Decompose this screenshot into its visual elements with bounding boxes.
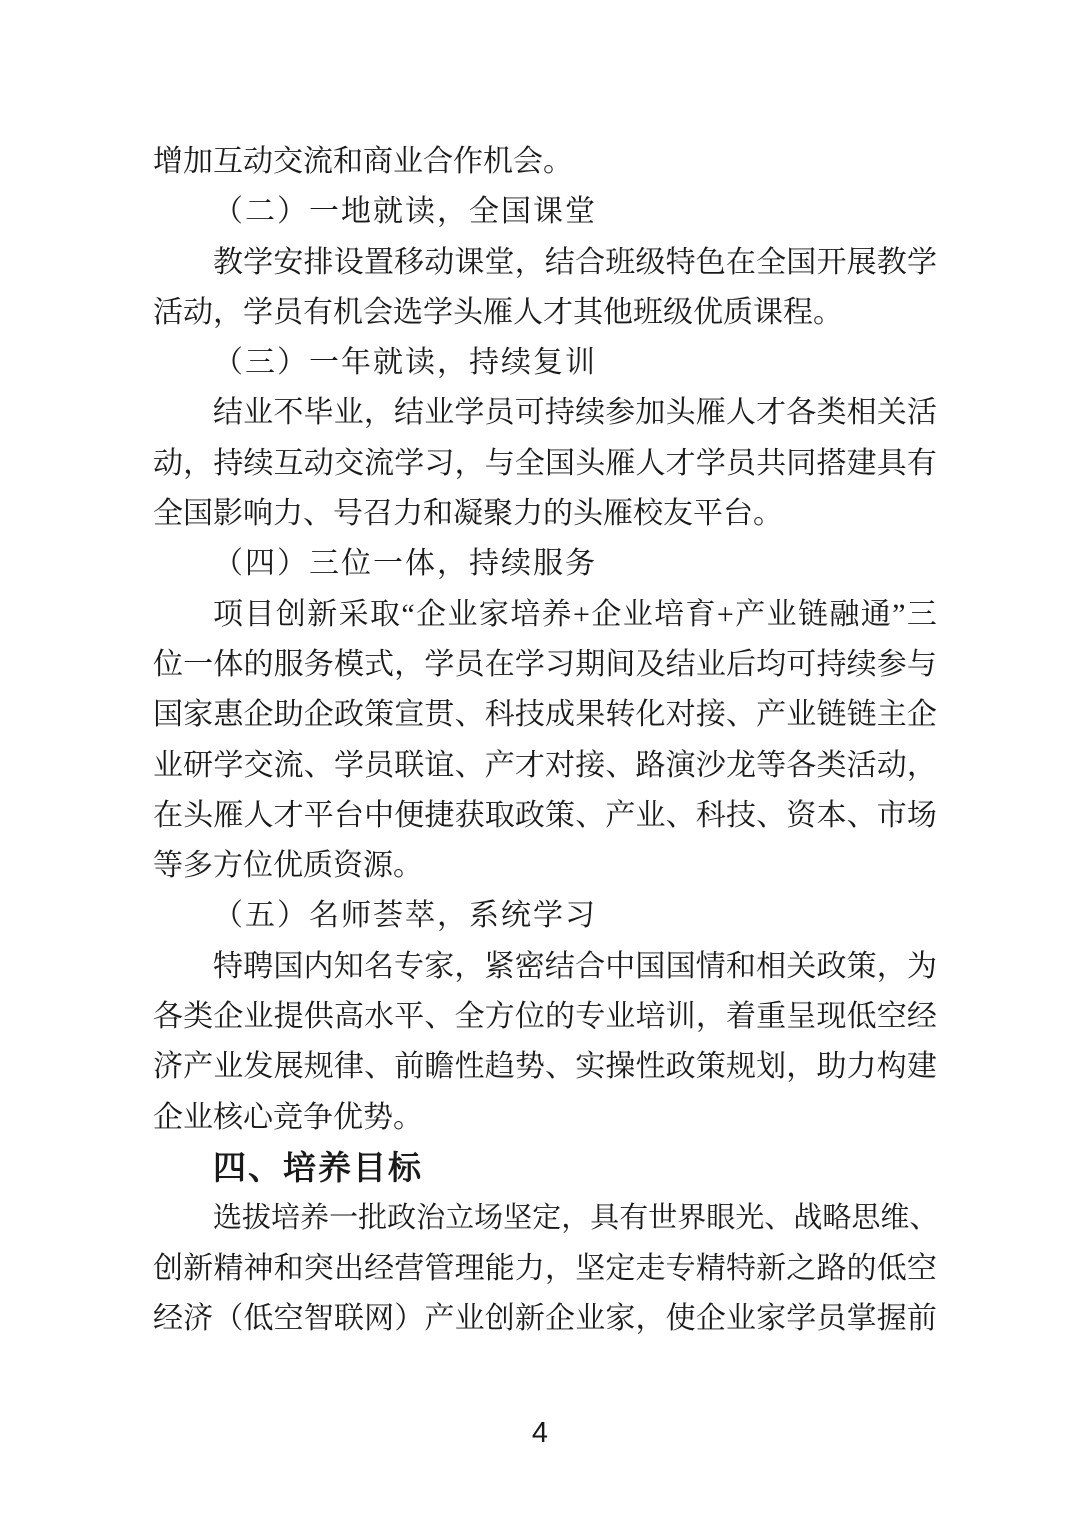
char: 使 xyxy=(666,1294,696,1344)
char: 经 xyxy=(907,992,937,1042)
char: 学 xyxy=(394,439,424,489)
char: 规 xyxy=(726,1042,756,1092)
char: 、 xyxy=(364,1042,394,1092)
char: 相 xyxy=(756,942,786,992)
char: 教 xyxy=(213,238,243,288)
char: 为 xyxy=(907,942,937,992)
char: 关 xyxy=(786,942,816,992)
char: 通 xyxy=(861,590,891,640)
char: 内 xyxy=(304,942,334,992)
char: 人 xyxy=(726,388,756,438)
char: 产 xyxy=(424,1294,454,1344)
char: 家 xyxy=(605,1294,635,1344)
char: 营 xyxy=(394,1244,424,1294)
char: 资 xyxy=(786,791,816,841)
text-line: 在头雁人才平台中便捷获取政策、产业、科技、资本、市场 xyxy=(153,791,937,841)
char: 助 xyxy=(274,690,304,740)
char: 员 xyxy=(816,1294,846,1344)
char: 方 xyxy=(485,992,515,1042)
char: 对 xyxy=(666,690,696,740)
char: 均 xyxy=(756,640,786,690)
char: 类 xyxy=(183,992,213,1042)
char: 坚 xyxy=(575,1244,605,1294)
char: 助 xyxy=(816,1042,846,1092)
char: + xyxy=(573,590,590,640)
char: 、 xyxy=(605,741,635,791)
char: （ xyxy=(213,1294,243,1344)
char: 主 xyxy=(877,690,907,740)
char: 排 xyxy=(304,238,334,288)
text-line: 结业不毕业，结业学员可持续参加头雁人才各类相关活 xyxy=(153,388,937,438)
char: ， xyxy=(454,942,484,992)
text-line: 各类企业提供高水平、全方位的专业培训，着重呈现低空经 xyxy=(153,992,937,1042)
char: 转 xyxy=(605,690,635,740)
char: 共 xyxy=(756,439,786,489)
char: 企 xyxy=(696,1294,726,1344)
char: 国 xyxy=(786,238,816,288)
char: 各 xyxy=(786,741,816,791)
char: + xyxy=(717,590,734,640)
char: 产 xyxy=(183,1042,213,1092)
char: 流 xyxy=(274,741,304,791)
char: 移 xyxy=(394,238,424,288)
char: 不 xyxy=(273,388,303,438)
char: 业 xyxy=(334,388,364,438)
char: 头 xyxy=(183,791,213,841)
char: 链 xyxy=(798,590,828,640)
char: 雁 xyxy=(213,791,243,841)
char: ） xyxy=(394,1294,424,1344)
char: 家 xyxy=(479,590,509,640)
char: 策 xyxy=(364,690,394,740)
char: 、 xyxy=(726,690,756,740)
char: 有 xyxy=(619,1193,648,1243)
char: 治 xyxy=(416,1193,445,1243)
char: ， xyxy=(455,439,485,489)
char: 政 xyxy=(666,1042,696,1092)
char: 养 xyxy=(300,1193,329,1243)
char: 提 xyxy=(274,992,304,1042)
char: 业 xyxy=(767,590,797,640)
char: 级 xyxy=(635,238,665,288)
char: 雁 xyxy=(696,388,726,438)
char: 情 xyxy=(696,942,726,992)
char: 一 xyxy=(183,640,213,690)
char: 、 xyxy=(455,690,485,740)
char: 业 xyxy=(636,791,666,841)
char: 产 xyxy=(485,741,515,791)
char: 龙 xyxy=(726,741,756,791)
char: 各 xyxy=(786,388,816,438)
char: 高 xyxy=(334,992,364,1042)
char: 空 xyxy=(274,1294,304,1344)
char: 模 xyxy=(334,640,364,690)
char: ” xyxy=(892,590,905,640)
char: 贯 xyxy=(424,690,454,740)
char: 研 xyxy=(183,741,213,791)
char: 类 xyxy=(816,741,846,791)
char: 力 xyxy=(515,1244,545,1294)
char: 力 xyxy=(847,1042,877,1092)
char: 政 xyxy=(387,1193,416,1243)
char: 网 xyxy=(364,1294,394,1344)
document-page: 增加互动交流和商业合作机会。（二）一地就读，全国课堂教学安排设置移动课堂，结合班… xyxy=(0,0,1080,1528)
char: 特 xyxy=(666,238,696,288)
char: 持 xyxy=(545,388,575,438)
char: 重 xyxy=(756,992,786,1042)
char: 流 xyxy=(364,439,394,489)
char: 和 xyxy=(726,942,756,992)
char: 全 xyxy=(515,439,545,489)
char: 智 xyxy=(304,1294,334,1344)
char: 台 xyxy=(334,791,364,841)
char: 划 xyxy=(756,1042,786,1092)
char: 战 xyxy=(793,1193,822,1243)
char: 展 xyxy=(274,1042,304,1092)
char: ， xyxy=(786,1042,816,1092)
char: 业 xyxy=(243,388,273,438)
char: 互 xyxy=(274,439,304,489)
char: 开 xyxy=(816,238,846,288)
char: ， xyxy=(877,942,907,992)
subheading-line: （二）一地就读，全国课堂 xyxy=(153,187,937,237)
char: 养 xyxy=(542,590,572,640)
char: 等 xyxy=(756,741,786,791)
char: 结 xyxy=(545,942,575,992)
char: 学 xyxy=(334,741,364,791)
char: 业 xyxy=(786,690,816,740)
char: 具 xyxy=(590,1193,619,1243)
char: 建 xyxy=(907,1042,937,1092)
char: 结 xyxy=(545,238,575,288)
char: 头 xyxy=(575,439,605,489)
char: 新 xyxy=(515,1294,545,1344)
char: 空 xyxy=(907,1244,937,1294)
char: 毕 xyxy=(304,388,334,438)
char: 性 xyxy=(636,1042,666,1092)
char: 人 xyxy=(243,791,273,841)
char: 教 xyxy=(877,238,907,288)
char: 供 xyxy=(304,992,334,1042)
char: 才 xyxy=(515,741,545,791)
char: 产 xyxy=(605,791,635,841)
char: 融 xyxy=(829,590,859,640)
char: 科 xyxy=(696,791,726,841)
page-number: 4 xyxy=(0,1408,1080,1458)
char: 实 xyxy=(575,1042,605,1092)
char: 持 xyxy=(213,439,243,489)
char: 参 xyxy=(877,640,907,690)
char: 场 xyxy=(907,791,937,841)
char: 构 xyxy=(877,1042,907,1092)
char: 培 xyxy=(654,590,684,640)
char: 济 xyxy=(183,1294,213,1344)
char: 新 xyxy=(183,1244,213,1294)
char: 获 xyxy=(455,791,485,841)
char: 色 xyxy=(696,238,726,288)
char: 活 xyxy=(907,388,937,438)
char: 置 xyxy=(364,238,394,288)
char: 学 xyxy=(515,640,545,690)
char: 的 xyxy=(847,1244,877,1294)
char: 人 xyxy=(636,439,666,489)
char: 全 xyxy=(455,992,485,1042)
char: 国 xyxy=(666,942,696,992)
char: 可 xyxy=(515,388,545,438)
char: 之 xyxy=(786,1244,816,1294)
char: 聘 xyxy=(243,942,273,992)
char: 堂 xyxy=(485,238,515,288)
char: 企 xyxy=(243,690,273,740)
char: 空 xyxy=(877,992,907,1042)
char: 参 xyxy=(605,388,635,438)
char: 学 xyxy=(696,439,726,489)
char: 搭 xyxy=(816,439,846,489)
char: 链 xyxy=(816,690,846,740)
text-line: 国家惠企助企政策宣贯、科技成果转化对接、产业链链主企 xyxy=(153,690,937,740)
char: 国 xyxy=(545,439,575,489)
char: 国 xyxy=(153,690,183,740)
char: 目 xyxy=(244,590,274,640)
char: 、 xyxy=(764,1193,793,1243)
char: 专 xyxy=(666,1244,696,1294)
char: 业 xyxy=(455,1294,485,1344)
char: 前 xyxy=(394,1042,424,1092)
char: 企 xyxy=(416,590,446,640)
char: 立 xyxy=(445,1193,474,1243)
char: 项 xyxy=(213,590,243,640)
document-body: 增加互动交流和商业合作机会。（二）一地就读，全国课堂教学安排设置移动课堂，结合班… xyxy=(153,137,937,1344)
text-line: 创新精神和突出经营管理能力，坚定走专精特新之路的低空 xyxy=(153,1244,937,1294)
char: 瞻 xyxy=(424,1042,454,1092)
char: 和 xyxy=(274,1244,304,1294)
char: 技 xyxy=(726,791,756,841)
char: 动 xyxy=(424,238,454,288)
char: 家 xyxy=(756,1294,786,1344)
char: 结 xyxy=(666,640,696,690)
char: 特 xyxy=(213,942,243,992)
char: 持 xyxy=(816,640,846,690)
text-line: 项目创新采取“企业家培养+企业培育+产业链融通”三 xyxy=(153,590,937,640)
char: 能 xyxy=(485,1244,515,1294)
char: 成 xyxy=(545,690,575,740)
char: 续 xyxy=(847,640,877,690)
char: 培 xyxy=(636,992,666,1042)
char: 世 xyxy=(648,1193,677,1243)
char: 各 xyxy=(153,992,183,1042)
char: 与 xyxy=(485,439,515,489)
char: 续 xyxy=(243,439,273,489)
char: 加 xyxy=(635,388,665,438)
char: 学 xyxy=(786,1294,816,1344)
text-line: 济产业发展规律、前瞻性趋势、实操性政策规划，助力构建 xyxy=(153,1042,937,1092)
char: 精 xyxy=(696,1244,726,1294)
char: 间 xyxy=(605,640,635,690)
char: 业 xyxy=(243,992,273,1042)
char: 创 xyxy=(153,1244,183,1294)
char: 新 xyxy=(307,590,337,640)
char: 企 xyxy=(907,690,937,740)
heading-line: 四、培养目标 xyxy=(153,1143,937,1193)
char: ， xyxy=(394,640,424,690)
char: 活 xyxy=(847,741,877,791)
char: 中 xyxy=(364,791,394,841)
char: 国 xyxy=(635,942,665,992)
char: 果 xyxy=(575,690,605,740)
char: 课 xyxy=(454,238,484,288)
char: 对 xyxy=(545,741,575,791)
char: 训 xyxy=(666,992,696,1042)
char: 业 xyxy=(424,388,454,438)
char: 动 xyxy=(877,741,907,791)
char: 突 xyxy=(304,1244,334,1294)
char: 创 xyxy=(276,590,306,640)
char: 业 xyxy=(213,1042,243,1092)
char: 拔 xyxy=(242,1193,271,1243)
char: 经 xyxy=(364,1244,394,1294)
char: 才 xyxy=(274,791,304,841)
char: 习 xyxy=(424,439,454,489)
char: 业 xyxy=(696,640,726,690)
char: 操 xyxy=(605,1042,635,1092)
char: ， xyxy=(561,1193,590,1243)
char: 政 xyxy=(816,942,846,992)
char: 学 xyxy=(907,238,937,288)
char: 期 xyxy=(575,640,605,690)
char: 、 xyxy=(545,1042,575,1092)
char: 企 xyxy=(304,690,334,740)
char: 市 xyxy=(877,791,907,841)
char: 员 xyxy=(485,388,515,438)
char: ， xyxy=(696,992,726,1042)
char: 出 xyxy=(334,1244,364,1294)
char: 服 xyxy=(274,640,304,690)
char: ， xyxy=(545,1244,575,1294)
char: 联 xyxy=(334,1294,364,1344)
char: 员 xyxy=(364,741,394,791)
text-line: 等多方位优质资源。 xyxy=(153,841,937,891)
char: 的 xyxy=(243,640,273,690)
char: 取 xyxy=(485,791,515,841)
char: ， xyxy=(515,238,545,288)
char: 企 xyxy=(545,1294,575,1344)
text-line: 特聘国内知名专家，紧密结合中国国情和相关政策，为 xyxy=(153,942,937,992)
char: 理 xyxy=(455,1244,485,1294)
char: 平 xyxy=(394,992,424,1042)
char: 路 xyxy=(636,741,666,791)
subheading-line: （三）一年就读，持续复训 xyxy=(153,338,937,388)
char: 沙 xyxy=(696,741,726,791)
char: 神 xyxy=(243,1244,273,1294)
char: 合 xyxy=(575,942,605,992)
char: 精 xyxy=(213,1244,243,1294)
char: 学 xyxy=(243,238,273,288)
char: 家 xyxy=(424,942,454,992)
char: 批 xyxy=(358,1193,387,1243)
char: 、 xyxy=(756,791,786,841)
char: 交 xyxy=(243,741,273,791)
char: 前 xyxy=(907,1294,937,1344)
char: 培 xyxy=(510,590,540,640)
char: 国 xyxy=(273,942,303,992)
char: 位 xyxy=(153,640,183,690)
text-line: 活动，学员有机会选学头雁人才其他班级优质课程。 xyxy=(153,288,937,338)
text-line: 业研学交流、学员联谊、产才对接、路演沙龙等各类活动， xyxy=(153,741,937,791)
char: 学 xyxy=(213,741,243,791)
char: 雁 xyxy=(605,439,635,489)
char: 平 xyxy=(304,791,334,841)
char: 便 xyxy=(394,791,424,841)
char: 紧 xyxy=(485,942,515,992)
char: 走 xyxy=(636,1244,666,1294)
char: 取 xyxy=(370,590,400,640)
char: 务 xyxy=(304,640,334,690)
char: 头 xyxy=(666,388,696,438)
char: 培 xyxy=(271,1193,300,1243)
char: 接 xyxy=(575,741,605,791)
char: 知 xyxy=(334,942,364,992)
char: 低 xyxy=(847,992,877,1042)
char: 特 xyxy=(726,1244,756,1294)
char: 略 xyxy=(822,1193,851,1243)
char: 定 xyxy=(532,1193,561,1243)
char: 趋 xyxy=(485,1042,515,1092)
char: 具 xyxy=(877,439,907,489)
char: 企 xyxy=(213,992,243,1042)
char: 、 xyxy=(304,741,334,791)
char: 性 xyxy=(455,1042,485,1092)
char: 定 xyxy=(605,1244,635,1294)
char: 业 xyxy=(153,741,183,791)
char: 捷 xyxy=(424,791,454,841)
char: ， xyxy=(907,741,937,791)
text-line: 教学安排设置移动课堂，结合班级特色在全国开展教学 xyxy=(153,238,937,288)
text-line: 经济（低空智联网）产业创新企业家，使企业家学员掌握前 xyxy=(153,1294,937,1344)
char: 策 xyxy=(545,791,575,841)
char: 管 xyxy=(424,1244,454,1294)
char: 学 xyxy=(454,388,484,438)
char: 可 xyxy=(786,640,816,690)
char: 设 xyxy=(334,238,364,288)
char: 习 xyxy=(545,640,575,690)
char: ， xyxy=(183,439,213,489)
char: 掌 xyxy=(847,1294,877,1344)
char: 业 xyxy=(575,1294,605,1344)
char: 动 xyxy=(304,439,334,489)
text-line: 全国影响力、号召力和凝聚力的头雁校友平台。 xyxy=(153,489,937,539)
char: 专 xyxy=(394,942,424,992)
char: 场 xyxy=(474,1193,503,1243)
char: 策 xyxy=(847,942,877,992)
char: 专 xyxy=(575,992,605,1042)
char: 谊 xyxy=(424,741,454,791)
char: 本 xyxy=(816,791,846,841)
char: 、 xyxy=(455,741,485,791)
char: 创 xyxy=(485,1294,515,1344)
char: 三 xyxy=(907,590,937,640)
char: 动 xyxy=(153,439,183,489)
char: 经 xyxy=(153,1294,183,1344)
char: 关 xyxy=(877,388,907,438)
char: 育 xyxy=(686,590,716,640)
char: 体 xyxy=(213,640,243,690)
char: 员 xyxy=(726,439,756,489)
char: 新 xyxy=(756,1244,786,1294)
char: 建 xyxy=(847,439,877,489)
char: 的 xyxy=(545,992,575,1042)
char: 结 xyxy=(213,388,243,438)
char: 产 xyxy=(735,590,765,640)
